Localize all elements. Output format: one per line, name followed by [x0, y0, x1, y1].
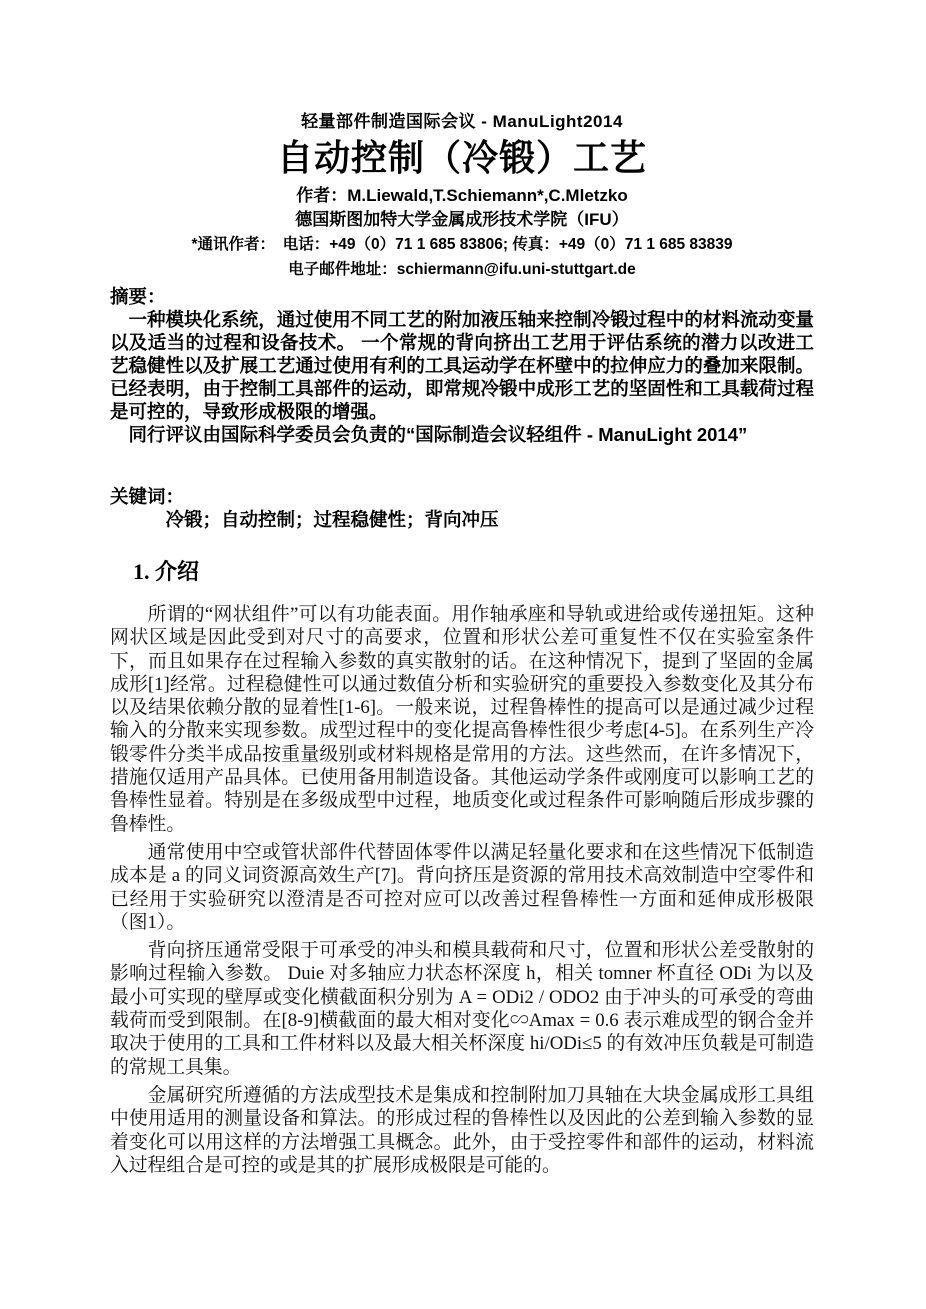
abstract-paragraph: 一种模块化系统，通过使用不同工艺的附加液压轴来控制冷锻过程中的材料流动变量以及适…: [110, 308, 814, 423]
affiliation-line: 德国斯图加特大学金属成形技术学院（IFU）: [110, 208, 814, 232]
abstract-peer-review-note: 同行评议由国际科学委员会负责的“国际制造会议轻组件 - ManuLight 20…: [110, 423, 814, 446]
intro-paragraph-4: 金属研究所遵循的方法成型技术是集成和控制附加刀具轴在大块金属成形工具组中使用适用…: [110, 1084, 814, 1177]
keywords-section: 关键词： 冷锻；自动控制；过程稳健性；背向冲压: [110, 485, 814, 531]
page-title: 自动控制（冷锻）工艺: [110, 137, 814, 178]
email-line: 电子邮件地址：schiermann@ifu.uni-stuttgart.de: [110, 257, 814, 282]
intro-paragraph-1: 所谓的“网状组件”可以有功能表面。用作轴承座和导轨或进给或传递扭矩。这种网状区域…: [110, 603, 814, 836]
keywords-label: 关键词：: [110, 485, 814, 508]
intro-paragraph-3: 背向挤压通常受限于可承受的冲头和模具载荷和尺寸，位置和形状公差受散射的影响过程输…: [110, 939, 814, 1079]
document-page: 轻量部件制造国际会议 - ManuLight2014 自动控制（冷锻）工艺 作者…: [0, 0, 926, 1309]
section-heading-introduction: 1. 介绍: [133, 558, 814, 586]
abstract-label: 摘要：: [110, 285, 814, 308]
abstract-section: 摘要： 一种模块化系统，通过使用不同工艺的附加液压轴来控制冷锻过程中的材料流动变…: [110, 285, 814, 446]
page-content: 轻量部件制造国际会议 - ManuLight2014 自动控制（冷锻）工艺 作者…: [110, 0, 814, 1182]
keywords-text: 冷锻；自动控制；过程稳健性；背向冲压: [110, 508, 814, 531]
paper-header: 轻量部件制造国际会议 - ManuLight2014 自动控制（冷锻）工艺 作者…: [110, 0, 814, 282]
conference-title: 轻量部件制造国际会议 - ManuLight2014: [110, 110, 814, 133]
intro-paragraph-2: 通常使用中空或管状部件代替固体零件以满足轻量化要求和在这些情况下低制造成本是 a…: [110, 841, 814, 934]
corresponding-author-contact: *通讯作者： 电话：+49（0）71 1 685 83806; 传真：+49（0…: [110, 232, 814, 257]
authors-line: 作者：M.Liewald,T.Schiemann*,C.Mletzko: [110, 184, 814, 208]
